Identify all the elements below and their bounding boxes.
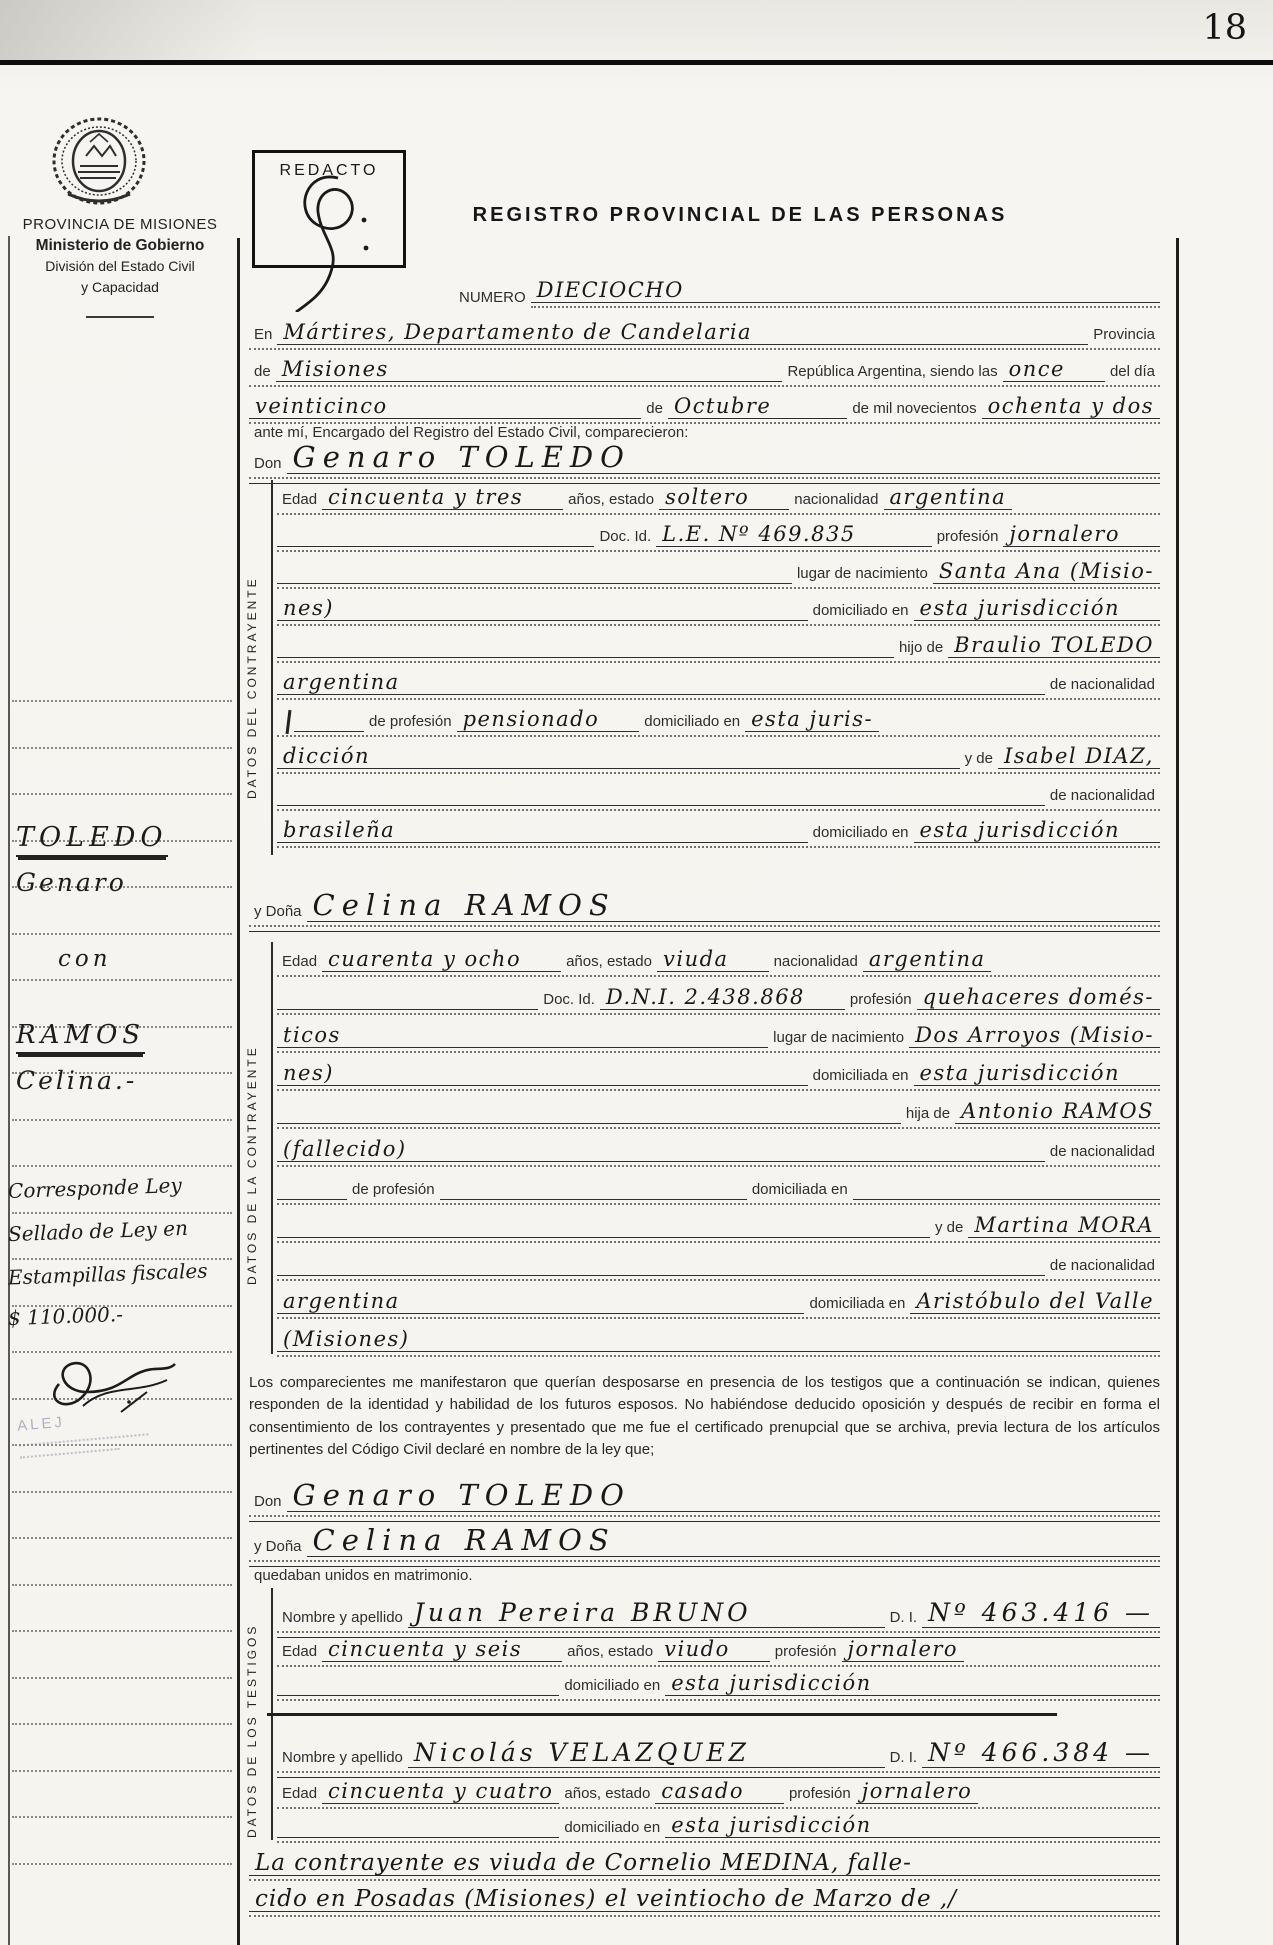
- domiciliada-label: domiciliada en: [804, 1295, 910, 1314]
- nombre-apellido-label: Nombre y apellido: [277, 1749, 408, 1768]
- estado-label: años, estado: [561, 953, 657, 972]
- witness2-document-value: Nº 466.384 —: [922, 1739, 1160, 1768]
- row-groom-name: Don Genaro TOLEDO: [249, 430, 1160, 479]
- rule-line: [736, 1647, 770, 1662]
- row-groom-domicile: nes) domiciliado en esta jurisdicción: [277, 591, 1160, 626]
- rule-line: [401, 828, 807, 843]
- scan-shading: [0, 0, 260, 60]
- rule-line: [1071, 367, 1105, 382]
- row-witness1-domicile: domiciliado en esta jurisdicción: [277, 1666, 1160, 1701]
- nombre-apellido-label: Nombre y apellido: [277, 1609, 408, 1628]
- registry-document-page: 18 PROVINCIA DE MISIONES Ministerio de G…: [0, 0, 1273, 1945]
- row-bride-age: Edad cuarenta y ocho años, estado viuda …: [277, 942, 1160, 977]
- de-nacionalidad-label: de nacionalidad: [1045, 676, 1160, 695]
- bride-mother-nationality-value: argentina: [277, 1290, 406, 1314]
- doc-id-label: Doc. Id.: [594, 528, 656, 547]
- rule-line: [277, 1185, 347, 1200]
- de-profesion-label: de profesión: [364, 713, 457, 732]
- row-witness2-age: Edad cincuenta y cuatro años, estado cas…: [277, 1774, 1160, 1809]
- fee-note-line4: $ 110.000.-: [8, 1302, 124, 1330]
- witness2-domicile-value: esta jurisdicción: [665, 1814, 877, 1838]
- groom-estado-value: soltero: [659, 486, 755, 510]
- place-value: Mártires, Departamento de Candelaria: [277, 321, 758, 345]
- de-nacionalidad-label: de nacionalidad: [1045, 787, 1160, 806]
- numero-value: DIECIOCHO: [531, 279, 690, 303]
- en-label: En: [249, 326, 277, 345]
- rule-line: [277, 643, 894, 658]
- margin-ruled-line: [12, 1816, 232, 1818]
- rule-line: [756, 1753, 885, 1768]
- rule-line: [777, 404, 847, 419]
- rule-line: [277, 1823, 559, 1838]
- form-body: NUMERO DIECIOCHO En Mártires, Departamen…: [237, 270, 1176, 1945]
- row-groom-father-profession: de profesión pensionado domiciliado en e…: [277, 702, 1160, 737]
- lugar-nacimiento-label: lugar de nacimiento: [768, 1029, 909, 1048]
- edad-label: Edad: [277, 1785, 322, 1804]
- bride-father-value: Antonio RAMOS: [955, 1100, 1160, 1124]
- bride-profession-continued: ticos: [277, 1024, 347, 1048]
- fee-note-line1: Corresponde Ley: [8, 1173, 182, 1203]
- row-bride-document: Doc. Id. D.N.I. 2.438.868 profesión queh…: [277, 980, 1160, 1015]
- row-groom-mother-nationality-label: de nacionalidad: [277, 776, 1160, 811]
- legal-paragraph: Los comparecientes me manifestaron que q…: [249, 1372, 1160, 1462]
- rule-line: [755, 495, 789, 510]
- rule-line: [277, 791, 1045, 806]
- witness1-document-value: Nº 463.416 —: [922, 1599, 1160, 1628]
- margin-ruled-line: [12, 1165, 232, 1167]
- row-bride-father: hija de Antonio RAMOS: [277, 1094, 1160, 1129]
- domicilio-label: domiciliado en: [808, 602, 914, 621]
- rule-line: [340, 606, 808, 621]
- don-label: Don: [249, 1493, 287, 1512]
- row-groom-mother: dicción y de Isabel DIAZ,: [277, 739, 1160, 774]
- rule-line: [1126, 532, 1160, 547]
- witness1-domicile-value: esta jurisdicción: [665, 1672, 877, 1696]
- de-label: de: [249, 363, 276, 382]
- rule-line: [811, 995, 845, 1010]
- row-bride-mother: y de Martina MORA: [277, 1208, 1160, 1243]
- month-value: Octubre: [668, 395, 777, 419]
- domiciliada-label: domiciliada en: [808, 1067, 914, 1086]
- profesion-label: profesión: [784, 1785, 856, 1804]
- rule-line: [376, 754, 960, 769]
- doc-id-label: Doc. Id.: [538, 991, 600, 1010]
- groom-document-value: L.E. Nº 469.835: [656, 523, 862, 547]
- row-bride-father-profession: de profesión domiciliada en: [277, 1170, 1160, 1205]
- y-de-label: y de: [930, 1219, 968, 1238]
- groom-father-value: Braulio TOLEDO: [948, 634, 1160, 658]
- rule-line: [1126, 828, 1160, 843]
- spacer: [249, 307, 454, 308]
- year-value: ochenta y dos: [982, 395, 1160, 419]
- row-bride-birthplace: ticos lugar de nacimiento Dos Arroyos (M…: [277, 1018, 1160, 1053]
- di-label: D. I.: [885, 1749, 923, 1768]
- margin-ruled-line: [12, 1119, 232, 1121]
- estado-label: años, estado: [563, 491, 659, 510]
- edad-label: Edad: [277, 1643, 322, 1662]
- rule-line: [1126, 606, 1160, 621]
- stamp-illegible-line: [19, 1433, 149, 1446]
- row-declaration-bride: y Doña Celina RAMOS: [249, 1513, 1160, 1562]
- margin-ruled-line: [12, 933, 232, 935]
- marginal-note-line2: cido en Posadas (Misiones) el veintiocho…: [249, 1888, 963, 1912]
- domicilio-label: domiciliado en: [559, 1819, 665, 1838]
- groom-name-value: Genaro TOLEDO: [287, 442, 637, 474]
- profesion-label: profesión: [845, 991, 917, 1010]
- rule-line: [395, 367, 783, 382]
- hour-value: once: [1003, 358, 1071, 382]
- rule-line: [528, 1647, 562, 1662]
- witness1-profession-value: jornalero: [842, 1638, 965, 1662]
- estado-label: años, estado: [562, 1643, 658, 1662]
- fee-note-line2: Sellado de Ley en: [8, 1216, 189, 1246]
- numero-label: NUMERO: [454, 289, 531, 308]
- rule-line: [415, 1337, 1160, 1352]
- row-declaration-groom: Don Genaro TOLEDO: [249, 1468, 1160, 1517]
- bride-mother-value: Martina MORA: [968, 1214, 1160, 1238]
- groom-mother-domicile-value: esta jurisdicción: [914, 819, 1126, 843]
- fee-note-line3: Estampillas fiscales: [8, 1259, 208, 1290]
- rule-line: [277, 532, 594, 547]
- groom-father-domicile-value: esta juris-: [745, 708, 879, 732]
- row-witness1-name: Nombre y apellido Juan Pereira BRUNO D. …: [277, 1588, 1160, 1633]
- bride-document-value: D.N.I. 2.438.868: [600, 986, 811, 1010]
- groom-mother-value: Isabel DIAZ,: [998, 745, 1160, 769]
- stamp-text-fragment: ALEJ: [16, 1414, 65, 1435]
- province-value: Misiones: [276, 358, 395, 382]
- witness2-profession-value: jornalero: [856, 1780, 979, 1804]
- margin-ruled-line: [12, 1537, 232, 1539]
- rule-line: [853, 1185, 1160, 1200]
- margin-ruled-line: [12, 979, 232, 981]
- row-bride-mother-domicile-continued: (Misiones): [277, 1322, 1160, 1357]
- row-union-statement: quedaban unidos en matrimonio.: [249, 1562, 1160, 1589]
- row-marginal-note-1: La contrayente es viuda de Cornelio MEDI…: [249, 1842, 1160, 1881]
- rule-line: [878, 1823, 1160, 1838]
- bride-birthplace-value: Dos Arroyos (Misio-: [909, 1024, 1160, 1048]
- row-marginal-note-2: cido en Posadas (Misiones) el veintiocho…: [249, 1878, 1160, 1917]
- witness1-name-value: Juan Pereira BRUNO: [408, 1599, 758, 1628]
- declaration-bride-name: Celina RAMOS: [307, 1525, 622, 1557]
- provincia-de-misiones-seal-icon: [50, 116, 148, 212]
- de2-label: de: [641, 400, 668, 419]
- day-value: veinticinco: [249, 395, 394, 419]
- row-bride-name: y Doña Celina RAMOS: [249, 878, 1160, 927]
- rule-line: [637, 1497, 1160, 1512]
- letterhead-province: PROVINCIA DE MISIONES: [2, 214, 238, 235]
- domiciliada-label: domiciliada en: [747, 1181, 853, 1200]
- bride-domicile-value: esta jurisdicción: [914, 1062, 1126, 1086]
- rule-line: [277, 1223, 930, 1238]
- groom-domicile-value: esta jurisdicción: [914, 597, 1126, 621]
- document-title: REGISTRO PROVINCIAL DE LAS PERSONAS: [430, 204, 1050, 227]
- groom-birthplace-value: Santa Ana (Misio-: [933, 560, 1160, 584]
- rule-line: [406, 680, 1045, 695]
- bride-age-value: cuarenta y ocho: [322, 948, 527, 972]
- rule-line: [277, 1261, 1045, 1276]
- bride-nationality-value: argentina: [863, 948, 992, 972]
- row-witness2-name: Nombre y apellido Nicolás VELAZQUEZ D. I…: [277, 1728, 1160, 1773]
- margin-ruled-line: [12, 1584, 232, 1586]
- groom-nationality-value: argentina: [884, 486, 1013, 510]
- groom-profession-value: jornalero: [1003, 523, 1126, 547]
- groom-father-profession-value: pensionado: [457, 708, 606, 732]
- domiciliado-label: domiciliado en: [639, 713, 745, 732]
- rule-line: [277, 569, 792, 584]
- stamp-illegible-line: [20, 1448, 120, 1459]
- provincia-label: Provincia: [1088, 326, 1160, 345]
- bride-birthplace-continued: nes): [277, 1062, 340, 1086]
- republica-label: República Argentina, siendo las: [782, 363, 1002, 382]
- witness1-estado-value: viudo: [658, 1638, 736, 1662]
- de-mil-label: de mil novecientos: [847, 400, 981, 419]
- margin-ruled-line: [12, 747, 232, 749]
- marginal-note-line1: La contrayente es viuda de Cornelio MEDI…: [249, 1852, 918, 1876]
- rule-line: [862, 532, 932, 547]
- domicilio-label: domiciliado en: [559, 1677, 665, 1696]
- rule-line: [413, 1147, 1045, 1162]
- row-bride-domicile: nes) domiciliada en esta jurisdicción: [277, 1056, 1160, 1091]
- rule-line: [406, 1299, 805, 1314]
- margin-ruled-line: [12, 1677, 232, 1679]
- margin-ruled-line: [12, 1863, 232, 1865]
- hijo-de-label: hijo de: [894, 639, 948, 658]
- rule-line: [735, 957, 769, 972]
- witness-separator-line: [267, 1713, 1057, 1716]
- bride-mother-domicile-continued: (Misiones): [277, 1328, 415, 1352]
- row-groom-age: Edad cincuenta y tres años, estado solte…: [277, 480, 1160, 515]
- pen-stroke: [286, 710, 292, 734]
- witness2-name-value: Nicolás VELAZQUEZ: [408, 1739, 756, 1768]
- row-bride-mother-nationality-label: de nacionalidad: [277, 1246, 1160, 1281]
- profesion-label: profesión: [770, 1643, 842, 1662]
- di-label: D. I.: [885, 1609, 923, 1628]
- margin-bride-surname: RAMOS: [16, 1020, 145, 1050]
- margin-ruled-line: [12, 1491, 232, 1493]
- row-province: de Misiones República Argentina, siendo …: [249, 352, 1160, 387]
- rule-line: [440, 1185, 747, 1200]
- margin-ruled-line: [12, 1630, 232, 1632]
- groom-father-domicile-continued: dicción: [277, 745, 376, 769]
- dona-label: y Doña: [249, 1538, 307, 1557]
- margin-ruled-line: [12, 1212, 232, 1214]
- don-label: Don: [249, 455, 287, 474]
- row-witness1-age: Edad cincuenta y seis años, estado viudo…: [277, 1632, 1160, 1667]
- row-bride-mother-domicile: argentina domiciliada en Aristóbulo del …: [277, 1284, 1160, 1319]
- groom-father-nationality-value: argentina: [277, 671, 406, 695]
- bride-mother-domicile-value: Aristóbulo del Valle: [910, 1290, 1160, 1314]
- row-groom-mother-domicile: brasileña domiciliado en esta jurisdicci…: [277, 813, 1160, 848]
- union-statement: quedaban unidos en matrimonio.: [249, 1567, 477, 1586]
- letterhead-ministry: Ministerio de Gobierno: [2, 235, 238, 256]
- y-de-label: y de: [960, 750, 998, 769]
- nacionalidad-label: nacionalidad: [789, 491, 883, 510]
- witness1-age-value: cincuenta y seis: [322, 1638, 528, 1662]
- rule-line: [294, 717, 364, 732]
- row-numero: NUMERO DIECIOCHO: [249, 278, 1160, 311]
- row-bride-father-note: (fallecido) de nacionalidad: [277, 1132, 1160, 1167]
- rule-line: [622, 907, 1160, 922]
- rule-line: [277, 995, 538, 1010]
- margin-groom-surname: TOLEDO: [16, 822, 168, 853]
- lugar-nacimiento-label: lugar de nacimiento: [792, 565, 933, 584]
- margin-ruled-line: [12, 1723, 232, 1725]
- rule-line: [529, 495, 563, 510]
- rule-line: [758, 330, 1088, 345]
- margin-bride-given-name: Celina.-: [16, 1066, 137, 1095]
- profesion-label: profesión: [932, 528, 1004, 547]
- margin-groom-given-name: Genaro: [16, 868, 127, 897]
- rule-line: [277, 1681, 559, 1696]
- rule-line: [918, 1861, 1160, 1876]
- rule-line: [622, 1542, 1160, 1557]
- rule-line: [1126, 1071, 1160, 1086]
- domiciliado-label: domiciliado en: [808, 824, 914, 843]
- left-scan-edge-line: [8, 236, 10, 1945]
- rule-line: [277, 1109, 901, 1124]
- rule-line: [605, 717, 639, 732]
- row-groom-father: hijo de Braulio TOLEDO: [277, 628, 1160, 663]
- rule-line: [878, 1681, 1160, 1696]
- de-profesion-label: de profesión: [347, 1181, 440, 1200]
- rule-line: [758, 1613, 885, 1628]
- rule-line: [340, 1071, 808, 1086]
- margin-connector: con: [58, 946, 112, 972]
- rule-line: [690, 288, 1160, 303]
- nacionalidad-label: nacionalidad: [769, 953, 863, 972]
- row-groom-father-nationality: argentina de nacionalidad: [277, 665, 1160, 700]
- letterhead: PROVINCIA DE MISIONES Ministerio de Gobi…: [2, 214, 238, 298]
- margin-ruled-line: [12, 793, 232, 795]
- hija-de-label: hija de: [901, 1105, 955, 1124]
- edad-label: Edad: [277, 953, 322, 972]
- rule-line: [963, 1897, 1160, 1912]
- groom-birthplace-continued: nes): [277, 597, 340, 621]
- margin-ruled-line: [12, 700, 232, 702]
- groom-mother-nationality-value: brasileña: [277, 819, 401, 843]
- numero-line: DIECIOCHO: [531, 279, 1160, 308]
- rule-line: [347, 1033, 768, 1048]
- rule-line: [637, 459, 1160, 474]
- bride-name-value: Celina RAMOS: [307, 890, 622, 922]
- witness2-age-value: cincuenta y cuatro: [322, 1780, 559, 1804]
- letterhead-rule: [86, 316, 154, 318]
- row-groom-document: Doc. Id. L.E. Nº 469.835 profesión jorna…: [277, 517, 1160, 552]
- witness2-estado-value: casado: [655, 1780, 750, 1804]
- edad-label: Edad: [277, 491, 322, 510]
- rule-line: [527, 957, 561, 972]
- dona-label: y Doña: [249, 903, 307, 922]
- margin-ruled-line: [12, 1770, 232, 1772]
- form-right-border: [1176, 238, 1179, 1945]
- row-place: En Mártires, Departamento de Candelaria …: [249, 315, 1160, 350]
- de-nacionalidad-label: de nacionalidad: [1045, 1143, 1160, 1162]
- bride-estado-value: viuda: [657, 948, 735, 972]
- rule-line: [750, 1789, 784, 1804]
- letterhead-division-line2: y Capacidad: [2, 277, 238, 298]
- row-groom-birthplace: lugar de nacimiento Santa Ana (Misio-: [277, 554, 1160, 589]
- bride-father-deceased-note: (fallecido): [277, 1138, 413, 1162]
- page-number: 18: [1202, 8, 1247, 48]
- rule-line: [394, 404, 642, 419]
- letterhead-division-line1: División del Estado Civil: [2, 256, 238, 277]
- estado-label: años, estado: [559, 1785, 655, 1804]
- del-dia-label: del día: [1105, 363, 1160, 382]
- groom-age-value: cincuenta y tres: [322, 486, 529, 510]
- declaration-groom-name: Genaro TOLEDO: [287, 1480, 637, 1512]
- top-rule-line: [0, 60, 1273, 65]
- de-nacionalidad-label: de nacionalidad: [1045, 1257, 1160, 1276]
- bride-profession-value: quehaceres domés-: [917, 986, 1160, 1010]
- row-witness2-domicile: domiciliado en esta jurisdicción: [277, 1808, 1160, 1843]
